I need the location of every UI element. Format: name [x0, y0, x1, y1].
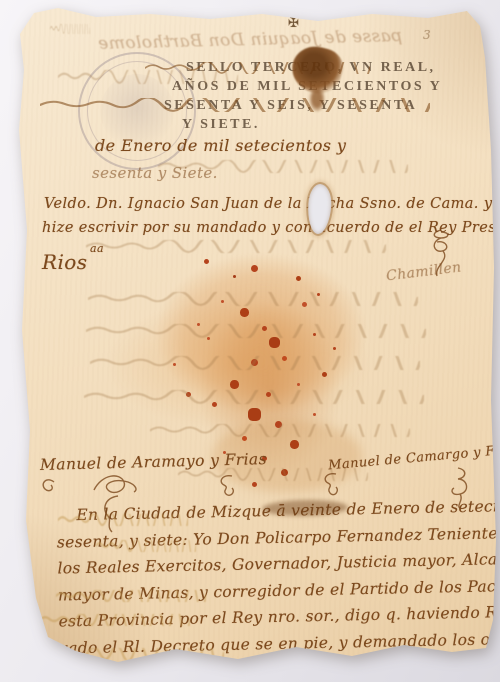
sello-stamp-line: Y SIETE. — [182, 117, 260, 133]
pen-stroke — [40, 98, 430, 112]
bleedthrough-stroke — [86, 324, 426, 338]
rubric-flourish-icon — [38, 476, 60, 498]
bleedthrough-stroke — [150, 424, 410, 437]
bleedthrough-stroke — [88, 292, 418, 306]
manuscript-paper: passe de Joaquin Don Bartholome ✠ 3 SELL… — [0, 0, 500, 682]
cross-icon: ✠ — [288, 16, 299, 31]
bleedthrough-stroke — [58, 514, 188, 526]
stain-speckles — [115, 245, 118, 248]
bleedthrough-stroke — [58, 70, 238, 84]
bleedthrough-stroke — [50, 24, 90, 34]
photo-backdrop: passe de Joaquin Don Bartholome ✠ 3 SELL… — [0, 0, 500, 682]
paper-shadow-wrap: passe de Joaquin Don Bartholome ✠ 3 SELL… — [0, 0, 500, 682]
rubric-flourish-icon — [214, 472, 240, 498]
bleedthrough-handwriting: passe de Joaquin Don Bartholome — [85, 26, 415, 55]
bleedthrough-stroke — [40, 614, 190, 626]
bleedthrough-stroke — [84, 390, 424, 404]
handwriting-notary-line: Veldo. Dn. Ignacio San Juan de la Rocha … — [44, 196, 500, 212]
bleedthrough-stroke — [158, 160, 408, 173]
bleedthrough-stroke — [44, 648, 224, 660]
bleedthrough-stroke — [56, 590, 206, 602]
ink-blotch — [309, 86, 325, 112]
handwriting-date-line: de Enero de mil setecientos y — [95, 136, 346, 155]
bleedthrough-stroke — [168, 660, 298, 672]
folio-mark: 3 — [423, 28, 431, 42]
rubric-flourish-icon — [318, 470, 344, 498]
margin-superscript: aa — [90, 242, 104, 255]
margin-abbreviation: Rios — [42, 250, 87, 274]
bleedthrough-stroke — [90, 356, 420, 370]
bleedthrough-stroke — [96, 540, 196, 552]
